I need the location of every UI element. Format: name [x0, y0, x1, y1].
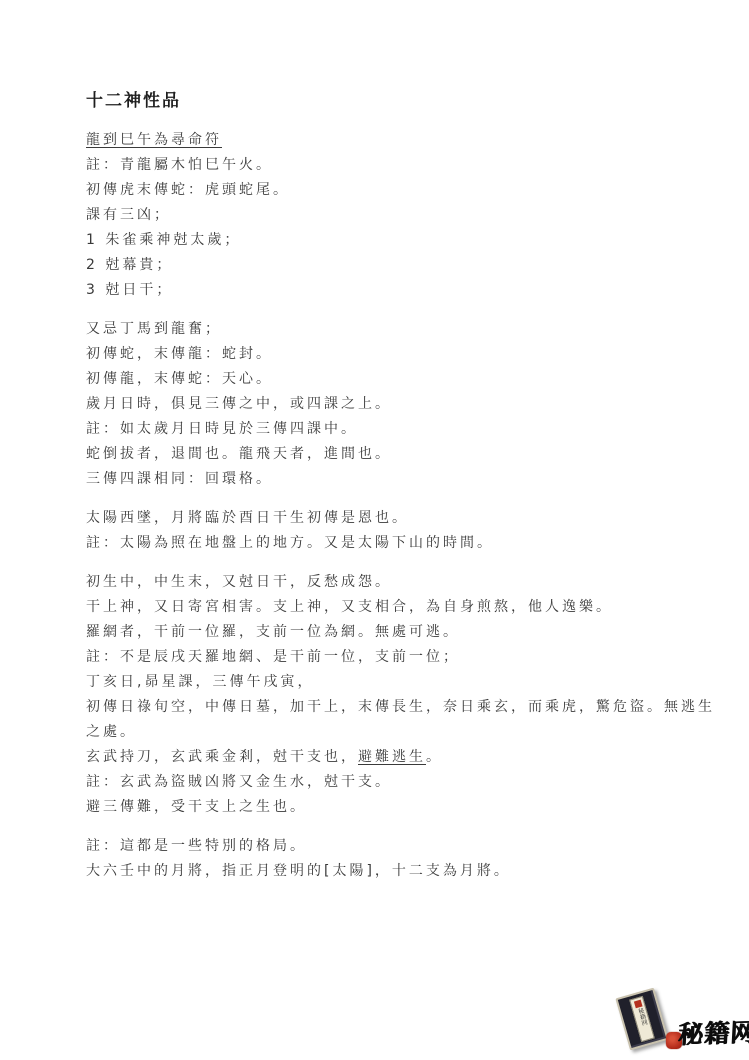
text-line: 課有三凶；: [86, 203, 686, 228]
paragraph: 又忌丁馬到龍奮； 初傳蛇，末傳龍：蛇封。 初傳龍，末傳蛇：天心。 歲月日時，俱見…: [86, 317, 686, 492]
text-line: 初傳蛇，末傳龍：蛇封。: [86, 342, 686, 367]
list-item: 2 尅幕貴；: [86, 253, 686, 278]
text-line: 歲月日時，俱見三傳之中，或四課之上。: [86, 392, 686, 417]
paragraph: 龍到巳午為尋命符 註：青龍屬木怕巳午火。 初傳虎末傳蛇：虎頭蛇尾。 課有三凶； …: [86, 128, 686, 303]
logo-text: 秘籍网: [677, 1013, 749, 1052]
paragraph: 初生中，中生末，又尅日干，反愁成怨。 干上神，又日寄宮相害。支上神，又支相合，為…: [86, 570, 686, 820]
underlined-text: 避難逃生: [358, 749, 426, 765]
text-line: 玄武持刀，玄武乘金剎，尅干支也，避難逃生。: [86, 745, 686, 770]
book-label-text: 秘籍网: [636, 1008, 647, 1027]
document-page: 十二神性品 龍到巳午為尋命符 註：青龍屬木怕巳午火。 初傳虎末傳蛇：虎頭蛇尾。 …: [0, 0, 749, 1060]
list-item: 3 尅日干；: [86, 278, 686, 303]
text-line: 註：這都是一些特別的格局。: [86, 834, 686, 859]
text-line: 太陽西墜，月將臨於酉日干生初傳是恩也。: [86, 506, 686, 531]
mijiwang-watermark: 秘籍网 秘籍网: [614, 982, 749, 1060]
book-label: 秘籍网: [629, 996, 655, 1042]
text-line: 羅網者，干前一位羅，支前一位為網。無處可逃。: [86, 620, 686, 645]
section-heading: 龍到巳午為尋命符: [86, 128, 686, 153]
text-line: 之處。: [86, 720, 686, 745]
text-line: 干上神，又日寄宮相害。支上神，又支相合，為自身煎熬，他人逸樂。: [86, 595, 686, 620]
text-line: 避三傳難，受干支上之生也。: [86, 795, 686, 820]
page-title: 十二神性品: [86, 90, 686, 112]
text-line: 註：玄武為盜賊凶將又金生水，尅干支。: [86, 770, 686, 795]
text-line: 丁亥日,昴星課，三傳午戌寅，: [86, 670, 686, 695]
text-line: 蛇倒拔者，退間也。龍飛天者，進間也。: [86, 442, 686, 467]
paragraph: 太陽西墜，月將臨於酉日干生初傳是恩也。 註：太陽為照在地盤上的地方。又是太陽下山…: [86, 506, 686, 556]
text-line: 三傳四課相同：回環格。: [86, 467, 686, 492]
text-segment: 玄武持刀，玄武乘金剎，尅干支也，: [86, 749, 358, 765]
text-line: 初傳日祿旬空，中傳日墓，加干上，末傳長生，奈日乘玄，而乘虎，驚危盜。無逃生: [86, 695, 686, 720]
text-line: 初生中，中生末，又尅日干，反愁成怨。: [86, 570, 686, 595]
text-line: 大六壬中的月將，指正月登明的[太陽]，十二支為月將。: [86, 859, 686, 884]
paragraph: 註：這都是一些特別的格局。 大六壬中的月將，指正月登明的[太陽]，十二支為月將。: [86, 834, 686, 884]
document-content: 十二神性品 龍到巳午為尋命符 註：青龍屬木怕巳午火。 初傳虎末傳蛇：虎頭蛇尾。 …: [86, 90, 686, 898]
book-icon: 秘籍网: [615, 988, 668, 1051]
text-line: 註：如太歲月日時見於三傳四課中。: [86, 417, 686, 442]
list-item: 1 朱雀乘神尅太歲；: [86, 228, 686, 253]
text-line: 初傳龍，末傳蛇：天心。: [86, 367, 686, 392]
text-line: 註：太陽為照在地盤上的地方。又是太陽下山的時間。: [86, 531, 686, 556]
text-segment: 。: [426, 749, 443, 765]
text-line: 又忌丁馬到龍奮；: [86, 317, 686, 342]
text-line: 註：不是辰戌天羅地網、是干前一位，支前一位；: [86, 645, 686, 670]
text-line: 註：青龍屬木怕巳午火。: [86, 153, 686, 178]
text-line: 初傳虎末傳蛇：虎頭蛇尾。: [86, 178, 686, 203]
